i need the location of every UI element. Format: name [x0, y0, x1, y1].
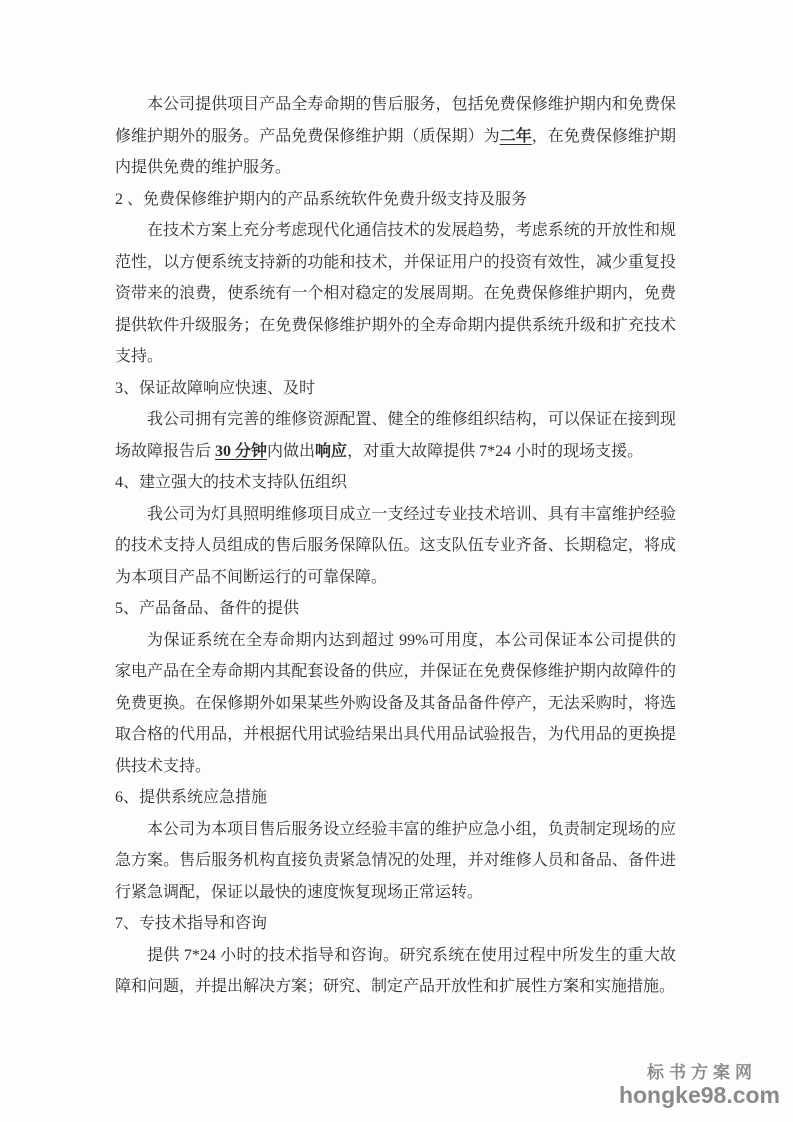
- document-page: 本公司提供项目产品全寿命期的售后服务，包括免费保修维护期内和免费保修维护期外的服…: [0, 0, 793, 1122]
- paragraph: 提供 7*24 小时的技术指导和咨询。研究系统在使用过程中所发生的重大故障和问题…: [115, 940, 676, 1003]
- text-run: 2 、免费保修维护期内的产品系统软件免费升级支持及服务: [115, 191, 527, 208]
- emphasized-text: 响应: [315, 443, 347, 460]
- watermark: 标书方案网 hongke98.com: [619, 1063, 780, 1107]
- section-heading: 2 、免费保修维护期内的产品系统软件免费升级支持及服务: [115, 184, 676, 216]
- section-heading: 5、产品备品、备件的提供: [115, 593, 676, 625]
- text-run: 3、保证故障响应快速、及时: [115, 380, 315, 397]
- paragraph: 本公司为本项目售后服务设立经验丰富的维护应急小组，负责制定现场的应急方案。售后服…: [115, 814, 676, 909]
- watermark-brand-name: 标书方案网: [619, 1063, 785, 1083]
- text-run: 6、提供系统应急措施: [115, 789, 267, 806]
- text-run: 7、专技术指导和咨询: [115, 915, 267, 932]
- paragraph: 我公司为灯具照明维修项目成立一支经过专业技术培训、具有丰富维护经验的技术支持人员…: [115, 499, 676, 594]
- section-heading: 6、提供系统应急措施: [115, 782, 676, 814]
- text-run: 提供 7*24 小时的技术指导和咨询。研究系统在使用过程中所发生的重大故障和问题…: [115, 947, 676, 996]
- text-run: ，对重大故障提供 7*24 小时的现场支援。: [347, 443, 643, 460]
- paragraph: 本公司提供项目产品全寿命期的售后服务，包括免费保修维护期内和免费保修维护期外的服…: [115, 89, 676, 184]
- emphasized-text: 二年: [500, 128, 532, 145]
- text-run: 我公司为灯具照明维修项目成立一支经过专业技术培训、具有丰富维护经验的技术支持人员…: [115, 506, 676, 586]
- paragraph: 为保证系统在全寿命期内达到超过 99%可用度，本公司保证本公司提供的家电产品在全…: [115, 625, 676, 783]
- text-run: 内做出: [267, 443, 315, 460]
- text-run: 为保证系统在全寿命期内达到超过 99%可用度，本公司保证本公司提供的家电产品在全…: [115, 632, 676, 775]
- section-heading: 4、建立强大的技术支持队伍组织: [115, 467, 676, 499]
- text-run: 在技术方案上充分考虑现代化通信技术的发展趋势，考虑系统的开放性和规范性，以方便系…: [115, 222, 676, 365]
- section-heading: 3、保证故障响应快速、及时: [115, 373, 676, 405]
- document-body: 本公司提供项目产品全寿命期的售后服务，包括免费保修维护期内和免费保修维护期外的服…: [115, 89, 676, 1003]
- text-run: 4、建立强大的技术支持队伍组织: [115, 474, 347, 491]
- emphasized-text: 30 分钟: [215, 443, 267, 460]
- section-heading: 7、专技术指导和咨询: [115, 908, 676, 940]
- text-run: 5、产品备品、备件的提供: [115, 600, 299, 617]
- paragraph: 在技术方案上充分考虑现代化通信技术的发展趋势，考虑系统的开放性和规范性，以方便系…: [115, 215, 676, 373]
- watermark-domain: hongke98.com: [619, 1083, 780, 1107]
- text-run: 本公司为本项目售后服务设立经验丰富的维护应急小组，负责制定现场的应急方案。售后服…: [115, 821, 676, 901]
- paragraph: 我公司拥有完善的维修资源配置、健全的维修组织结构，可以保证在接到现场故障报告后 …: [115, 404, 676, 467]
